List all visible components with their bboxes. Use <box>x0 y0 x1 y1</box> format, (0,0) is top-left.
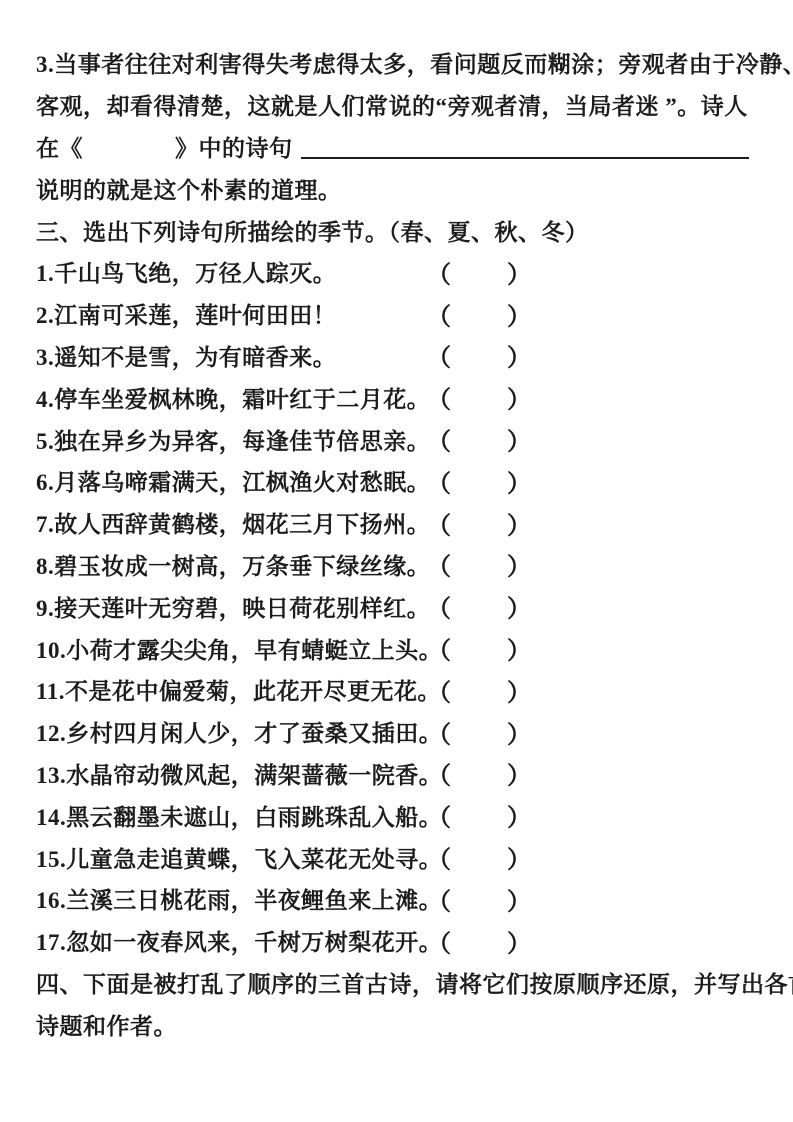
poem-item-row: 1.千山鸟飞绝，万径人踪灭。 （ ） <box>36 251 749 293</box>
section-4-heading-line-1: 四、下面是被打乱了顺序的三首古诗，请将它们按原顺序还原，并写出各首 <box>36 962 749 1004</box>
answer-paren-open: （ <box>427 547 452 582</box>
poem-item-text: 6.月落乌啼霜满天，江枫渔火对愁眠。 <box>36 464 430 497</box>
answer-paren-open: （ <box>427 422 452 457</box>
poem-item-text: 10.小荷才露尖尖角，早有蜻蜓立上头。 <box>36 632 442 665</box>
poem-item-row: 13.水晶帘动微风起，满架蔷薇一院香。 （ ） <box>36 753 749 795</box>
poem-item-row: 10.小荷才露尖尖角，早有蜻蜓立上头。 （ ） <box>36 627 749 669</box>
answer-paren-open: （ <box>427 296 452 331</box>
answer-paren-open: （ <box>427 463 452 498</box>
answer-paren-open: （ <box>427 923 452 958</box>
answer-paren-close: ） <box>507 923 532 958</box>
answer-paren-close: ） <box>507 672 532 707</box>
section-3-heading-text: 三、选出下列诗句所描绘的季节。（春、夏、秋、冬） <box>36 214 589 247</box>
answer-paren-open: （ <box>427 672 452 707</box>
answer-paren-close: ） <box>507 296 532 331</box>
section-3-heading: 三、选出下列诗句所描绘的季节。（春、夏、秋、冬） <box>36 209 749 251</box>
poem-item-text: 7.故人西辞黄鹤楼，烟花三月下扬州。 <box>36 506 430 539</box>
poem-item-text: 12.乡村四月闲人少，才了蚕桑又插田。 <box>36 715 442 748</box>
answer-paren-open: （ <box>427 798 452 833</box>
answer-paren-close: ） <box>507 881 532 916</box>
poem-item-row: 7.故人西辞黄鹤楼，烟花三月下扬州。 （ ） <box>36 502 749 544</box>
answer-paren-close: ） <box>507 840 532 875</box>
answer-paren-close: ） <box>507 422 532 457</box>
answer-paren-close: ） <box>507 338 532 373</box>
answer-paren-close: ） <box>507 254 532 289</box>
poem-item-row: 11.不是花中偏爱菊，此花开尽更无花。 （ ） <box>36 669 749 711</box>
poem-item-row: 12.乡村四月闲人少，才了蚕桑又插田。 （ ） <box>36 711 749 753</box>
poem-item-text: 13.水晶帘动微风起，满架蔷薇一院香。 <box>36 757 442 790</box>
book-title-prefix: 在《 <box>36 130 83 163</box>
question-3-line-4: 说明的就是这个朴素的道理。 <box>36 167 749 209</box>
poem-item-row: 17.忽如一夜春风来，千树万树梨花开。 （ ） <box>36 920 749 962</box>
poem-item-row: 4.停车坐爱枫林晚，霜叶红于二月花。 （ ） <box>36 376 749 418</box>
poem-item-row: 8.碧玉妆成一树高，万条垂下绿丝缘。 （ ） <box>36 544 749 586</box>
poem-item-text: 4.停车坐爱枫林晚，霜叶红于二月花。 <box>36 381 430 414</box>
answer-paren-open: （ <box>427 881 452 916</box>
worksheet-page: 3.当事者往往对利害得失考虑得太多，看问题反而糊涂；旁观者由于冷静、 客观，却看… <box>0 0 793 1122</box>
poem-item-row: 9.接天莲叶无穷碧，映日荷花别样红。 （ ） <box>36 585 749 627</box>
answer-paren-close: ） <box>507 714 532 749</box>
answer-paren-close: ） <box>507 380 532 415</box>
poem-item-row: 15.儿童急走追黄蝶，飞入菜花无处寻。 （ ） <box>36 836 749 878</box>
question-3-text: 3.当事者往往对利害得失考虑得太多，看问题反而糊涂；旁观者由于冷静、 <box>36 46 793 79</box>
book-title-blank <box>83 146 175 147</box>
answer-paren-close: ） <box>507 463 532 498</box>
answer-underline <box>301 157 750 159</box>
answer-paren-close: ） <box>507 505 532 540</box>
poem-item-row: 14.黑云翻墨未遮山，白雨跳珠乱入船。 （ ） <box>36 794 749 836</box>
answer-paren-close: ） <box>507 798 532 833</box>
answer-paren-close: ） <box>507 547 532 582</box>
section-4-heading-line-2: 诗题和作者。 <box>36 1003 749 1045</box>
poem-item-text: 17.忽如一夜春风来，千树万树梨花开。 <box>36 924 442 957</box>
poem-item-row: 2.江南可采莲，莲叶何田田！ （ ） <box>36 293 749 335</box>
poem-item-row: 5.独在异乡为异客，每逢佳节倍思亲。 （ ） <box>36 418 749 460</box>
answer-paren-open: （ <box>427 756 452 791</box>
question-3-line-2: 客观，却看得清楚，这就是人们常说的“旁观者清，当局者迷 ”。诗人 <box>36 84 749 126</box>
poem-item-text: 11.不是花中偏爱菊，此花开尽更无花。 <box>36 673 441 706</box>
question-3-line-1: 3.当事者往往对利害得失考虑得太多，看问题反而糊涂；旁观者由于冷静、 <box>36 42 749 84</box>
poem-item-row: 3.遥知不是雪，为有暗香来。 （ ） <box>36 335 749 377</box>
answer-paren-open: （ <box>427 589 452 624</box>
question-3-text: 说明的就是这个朴素的道理。 <box>36 172 342 205</box>
answer-paren-open: （ <box>427 338 452 373</box>
answer-paren-open: （ <box>427 254 452 289</box>
poem-item-row: 16.兰溪三日桃花雨，半夜鲤鱼来上滩。 （ ） <box>36 878 749 920</box>
poem-item-text: 9.接天莲叶无穷碧，映日荷花别样红。 <box>36 590 430 623</box>
answer-paren-open: （ <box>427 380 452 415</box>
poem-item-text: 3.遥知不是雪，为有暗香来。 <box>36 339 336 372</box>
answer-paren-close: ） <box>507 756 532 791</box>
poem-item-text: 2.江南可采莲，莲叶何田田！ <box>36 297 336 330</box>
answer-paren-open: （ <box>427 714 452 749</box>
poem-item-text: 1.千山鸟飞绝，万径人踪灭。 <box>36 255 336 288</box>
book-title-suffix: 》中的诗句 <box>175 130 293 163</box>
answer-paren-open: （ <box>427 840 452 875</box>
poem-item-text: 16.兰溪三日桃花雨，半夜鲤鱼来上滩。 <box>36 882 442 915</box>
answer-paren-close: ） <box>507 631 532 666</box>
poem-item-text: 5.独在异乡为异客，每逢佳节倍思亲。 <box>36 423 430 456</box>
poem-item-text: 15.儿童急走追黄蝶，飞入菜花无处寻。 <box>36 841 442 874</box>
poem-item-row: 6.月落乌啼霜满天，江枫渔火对愁眠。 （ ） <box>36 460 749 502</box>
worksheet-content: 3.当事者往往对利害得失考虑得太多，看问题反而糊涂；旁观者由于冷静、 客观，却看… <box>36 42 749 1045</box>
answer-paren-open: （ <box>427 505 452 540</box>
question-3-blank-line: 在《 》中的诗句 <box>36 126 749 168</box>
section-4-heading-text: 诗题和作者。 <box>36 1008 177 1041</box>
section-4-heading-text: 四、下面是被打乱了顺序的三首古诗，请将它们按原顺序还原，并写出各首 <box>36 966 793 999</box>
answer-paren-close: ） <box>507 589 532 624</box>
answer-paren-open: （ <box>427 631 452 666</box>
poem-item-text: 8.碧玉妆成一树高，万条垂下绿丝缘。 <box>36 548 430 581</box>
poem-item-text: 14.黑云翻墨未遮山，白雨跳珠乱入船。 <box>36 799 442 832</box>
question-3-text: 客观，却看得清楚，这就是人们常说的“旁观者清，当局者迷 ”。诗人 <box>36 88 748 121</box>
